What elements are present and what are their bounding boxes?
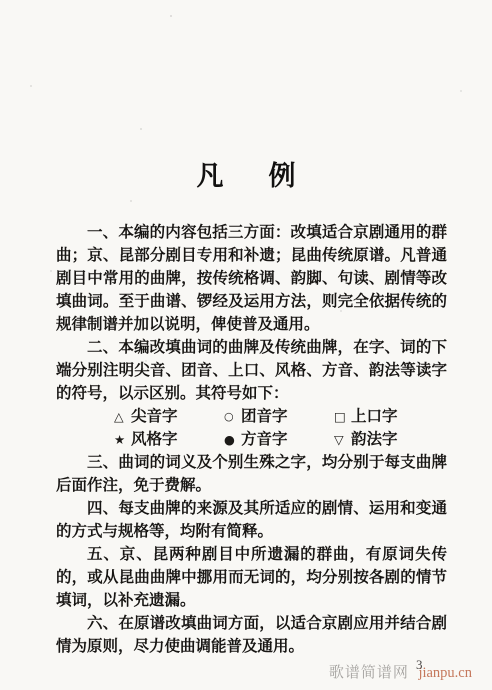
symbol-label: 风格字 bbox=[131, 428, 178, 451]
symbol-legend: △ 尖音字 ○ 团音字 □ 上口字 ★ 风格字 ● bbox=[56, 405, 447, 451]
paragraph-3: 三、曲词的词义及个别生殊之字，均分别于每支曲牌后面作注，免于费解。 bbox=[56, 451, 447, 497]
symbol-item-fengge: ★ 风格字 bbox=[114, 428, 224, 451]
page-number: 3 bbox=[416, 657, 423, 673]
symbol-label: 上口字 bbox=[351, 405, 398, 428]
footer-watermark: 歌谱简谱网 3 jianpu.cn bbox=[329, 661, 472, 682]
paragraph-4: 四、每支曲牌的来源及其所适应的剧情、运用和变通的方式与规格等，均附有简释。 bbox=[56, 497, 447, 543]
triangle-outline-icon: △ bbox=[114, 405, 131, 428]
circle-outline-icon: ○ bbox=[224, 405, 241, 428]
square-outline-icon: □ bbox=[334, 405, 351, 428]
symbol-item-yunfa: ▽ 韵法字 bbox=[334, 428, 444, 451]
symbol-label: 韵法字 bbox=[351, 428, 398, 451]
symbol-item-shangkou: □ 上口字 bbox=[334, 405, 444, 428]
star-icon: ★ bbox=[114, 428, 131, 451]
symbol-item-tuanyin: ○ 团音字 bbox=[224, 405, 334, 428]
symbol-item-fangyin: ● 方音字 bbox=[224, 428, 334, 451]
book-page: 凡 例 一、本编的内容包括三方面：改填适合京剧通用的群曲；京、昆部分剧目专用和补… bbox=[0, 0, 492, 690]
symbol-label: 尖音字 bbox=[131, 405, 178, 428]
page-title: 凡 例 bbox=[0, 0, 492, 192]
down-triangle-outline-icon: ▽ bbox=[334, 428, 351, 451]
paragraph-5: 五、京、昆两种剧目中所遗漏的群曲，有原词失传的，或从昆曲曲牌中挪用而无词的，均分… bbox=[56, 543, 447, 612]
filled-circle-icon: ● bbox=[224, 428, 241, 451]
symbol-legend-row-1: △ 尖音字 ○ 团音字 □ 上口字 bbox=[114, 405, 447, 428]
watermark-domain: jianpu.cn bbox=[418, 665, 472, 682]
scan-noise bbox=[170, 15, 172, 17]
paragraph-6: 六、在原谱改填曲词方面，以适合京剧应用并结合剧情为原则，尽力使曲调能普及通用。 bbox=[56, 612, 447, 658]
page-body: 一、本编的内容包括三方面：改填适合京剧通用的群曲；京、昆部分剧目专用和补遗；昆曲… bbox=[0, 221, 492, 658]
watermark-site-name: 歌谱简谱网 bbox=[329, 661, 409, 682]
paragraph-2: 二、本编改填曲词的曲牌及传统曲牌，在字、词的下端分别注明尖音、团音、上口、风格、… bbox=[56, 336, 447, 405]
symbol-label: 方音字 bbox=[241, 428, 288, 451]
symbol-legend-row-2: ★ 风格字 ● 方音字 ▽ 韵法字 bbox=[114, 428, 447, 451]
symbol-item-jianyin: △ 尖音字 bbox=[114, 405, 224, 428]
symbol-label: 团音字 bbox=[241, 405, 288, 428]
paragraph-1: 一、本编的内容包括三方面：改填适合京剧通用的群曲；京、昆部分剧目专用和补遗；昆曲… bbox=[56, 221, 447, 336]
